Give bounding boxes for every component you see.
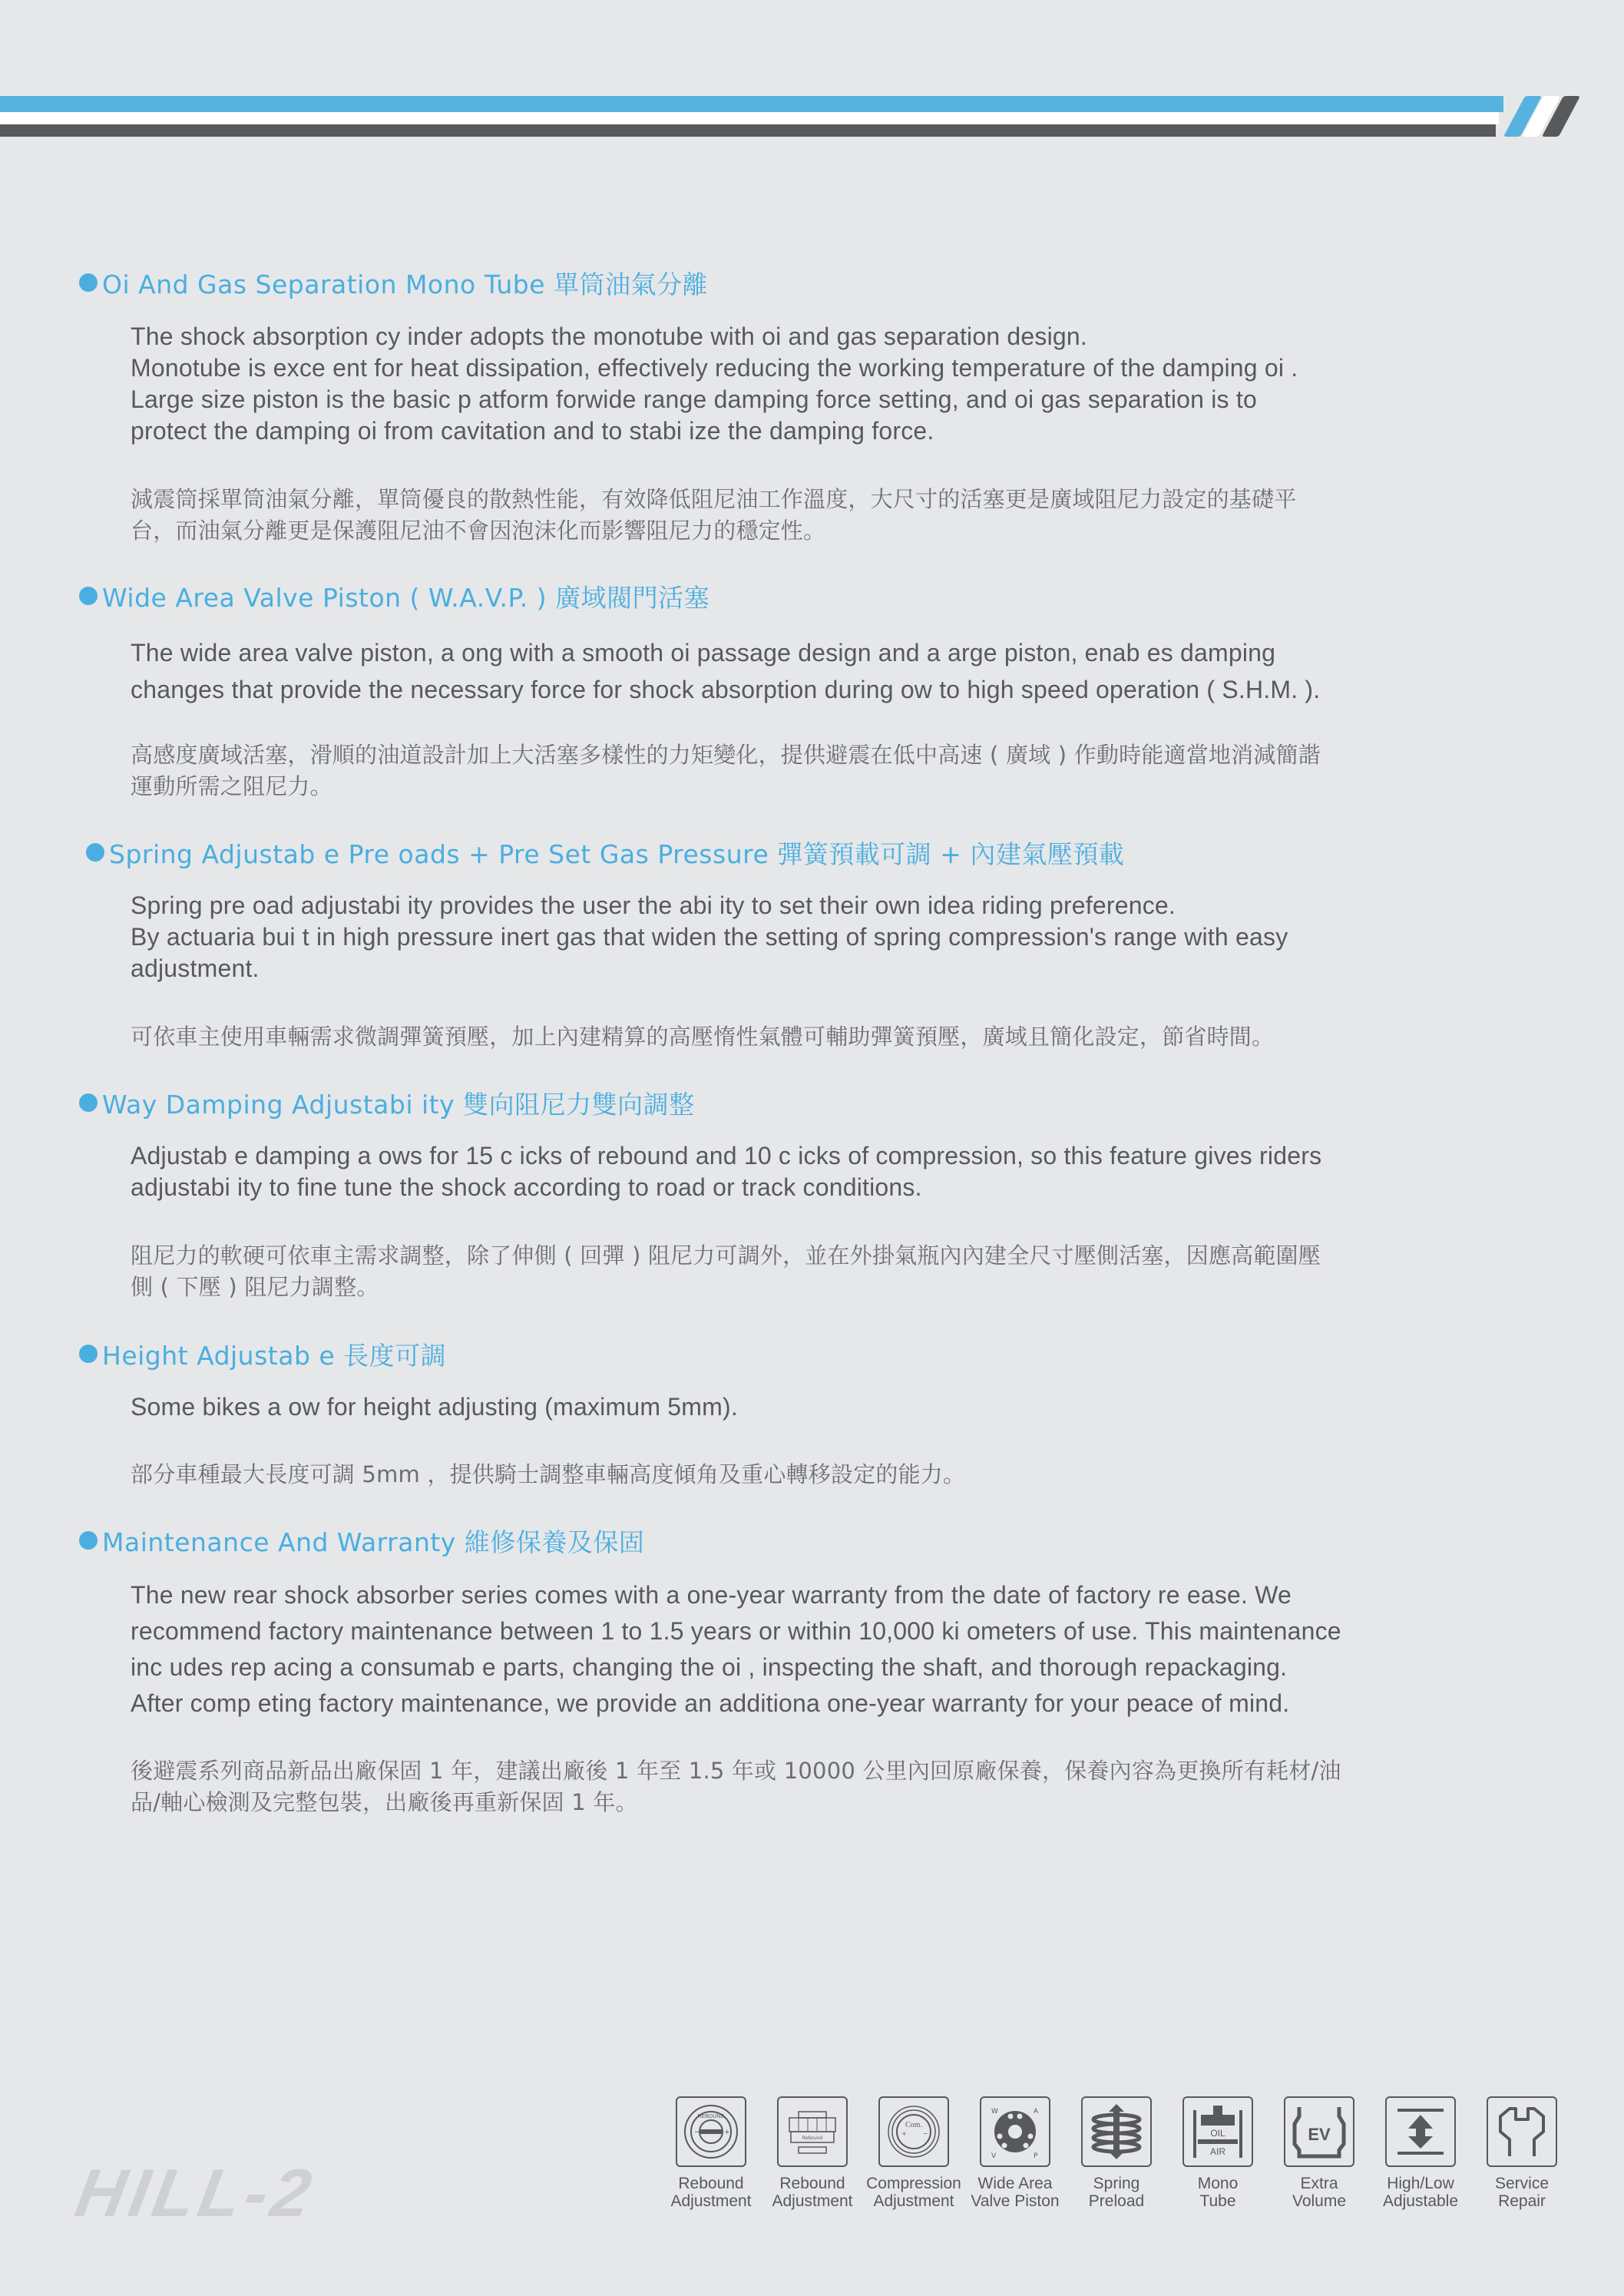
svg-text:REBOUND: REBOUND (697, 2114, 724, 2119)
bullet-icon (86, 843, 104, 862)
stripe-white (0, 112, 1499, 124)
section-body-zh: 後避震系列商品新品出廠保固 1 年，建議出廠後 1 年至 1.5 年或 1000… (131, 1755, 1574, 1818)
section-body-en: The new rear shock absorber series comes… (131, 1577, 1574, 1722)
stripe-dark (0, 124, 1496, 137)
svg-text:P: P (1034, 2152, 1038, 2160)
svg-text:A: A (1034, 2108, 1039, 2116)
section-body-en: The wide area valve piston, a ong with a… (131, 634, 1574, 708)
svg-text:OIL: OIL (1210, 2128, 1225, 2139)
svg-text:−: − (923, 2130, 928, 2137)
icon-label: Mono Tube (1198, 2175, 1239, 2210)
icon-label: Compression Adjustment (866, 2175, 961, 2210)
feature-service-repair: Service Repair (1471, 2096, 1573, 2210)
header-stripes (0, 96, 1624, 138)
feature-wide-area-valve-piston: WA VP Wide Area Valve Piston (964, 2096, 1066, 2210)
section-heading-maintenance: Maintenance And Warranty 維修保養及保固 (79, 1523, 644, 1559)
feature-icon-row: REBOUND −+ Rebound Adjustment Rebound Re… (660, 2096, 1573, 2210)
feature-compression-adjustment: Com. +− Compression Adjustment (863, 2096, 964, 2210)
svg-text:Rebound: Rebound (802, 2136, 823, 2141)
svg-text:AIR: AIR (1210, 2146, 1225, 2157)
icon-label: High/Low Adjustable (1383, 2175, 1458, 2210)
svg-text:EV: EV (1308, 2125, 1331, 2144)
stripe-blue (0, 96, 1503, 112)
wavp-piston-icon: WA VP (980, 2096, 1050, 2167)
section-heading-height: Height Adjustab e 長度可調 (79, 1336, 446, 1372)
icon-label: Spring Preload (1089, 2175, 1144, 2210)
bullet-icon (79, 1531, 98, 1550)
icon-label: Wide Area Valve Piston (971, 2175, 1059, 2210)
feature-high-low-adjustable: High/Low Adjustable (1370, 2096, 1471, 2210)
model-logo: HILL-2 (70, 2154, 322, 2232)
section-body-en: Spring pre oad adjustabi ity provides th… (131, 890, 1574, 984)
service-wrench-icon (1487, 2096, 1557, 2167)
bullet-icon (79, 1093, 98, 1112)
section-heading-wavp: Wide Area Valve Piston ( W.A.V.P. ) 廣域閥門… (79, 578, 709, 614)
bullet-icon (79, 1345, 98, 1363)
svg-text:−: − (694, 2129, 700, 2136)
bullet-icon (79, 587, 98, 605)
mono-tube-icon: OIL AIR (1182, 2096, 1253, 2167)
icon-label: Service Repair (1495, 2175, 1549, 2210)
svg-text:V: V (991, 2152, 997, 2160)
section-heading-mono-tube: Oi And Gas Separation Mono Tube 單筒油氣分離 (79, 265, 708, 301)
feature-spring-preload: Spring Preload (1066, 2096, 1167, 2210)
extra-volume-icon: EV (1284, 2096, 1354, 2167)
icon-label: Rebound Adjustment (670, 2175, 751, 2210)
compression-dial-icon: Com. +− (878, 2096, 949, 2167)
feature-rebound-adjustment: REBOUND −+ Rebound Adjustment (660, 2096, 762, 2210)
section-heading-damping: Way Damping Adjustabi ity 雙向阻尼力雙向調整 (79, 1085, 695, 1121)
rebound-knob-icon: Rebound (777, 2096, 848, 2167)
section-body-en: Adjustab e damping a ows for 15 c icks o… (131, 1140, 1574, 1203)
feature-mono-tube: OIL AIR Mono Tube (1167, 2096, 1268, 2210)
icon-label: Rebound Adjustment (772, 2175, 852, 2210)
svg-text:Com.: Com. (905, 2121, 922, 2129)
section-body-zh: 阻尼力的軟硬可依車主需求調整，除了伸側 ( 回彈 ) 阻尼力可調外，並在外掛氣瓶… (131, 1240, 1574, 1303)
section-body-zh: 高感度廣域活塞，滑順的油道設計加上大活塞多樣性的力矩變化，提供避震在低中高速 (… (131, 739, 1574, 802)
section-body-zh: 可依車主使用車輛需求微調彈簧預壓，加上內建精算的高壓惰性氣體可輔助彈簧預壓，廣域… (131, 1021, 1574, 1053)
svg-text:W: W (991, 2108, 998, 2116)
height-adjust-icon (1385, 2096, 1456, 2167)
section-body-zh: 減震筒採單筒油氣分離，單筒優良的散熱性能，有效降低阻尼油工作溫度，大尺寸的活塞更… (131, 484, 1574, 547)
section-body-en: The shock absorption cy inder adopts the… (131, 321, 1574, 447)
rebound-dial-icon: REBOUND −+ (676, 2096, 746, 2167)
section-heading-spring-preload: Spring Adjustab e Pre oads + Pre Set Gas… (86, 835, 1124, 871)
bullet-icon (79, 273, 98, 292)
feature-rebound-adjustment-knob: Rebound Rebound Adjustment (762, 2096, 863, 2210)
icon-label: Extra Volume (1292, 2175, 1346, 2210)
svg-text:+: + (901, 2130, 907, 2137)
svg-text:+: + (724, 2129, 730, 2136)
feature-extra-volume: EV Extra Volume (1268, 2096, 1370, 2210)
section-body-en: Some bikes a ow for height adjusting (ma… (131, 1391, 1574, 1423)
spring-preload-icon (1081, 2096, 1152, 2167)
section-body-zh: 部分車種最大長度可調 5mm ，提供騎士調整車輛高度傾角及重心轉移設定的能力。 (131, 1459, 1574, 1490)
